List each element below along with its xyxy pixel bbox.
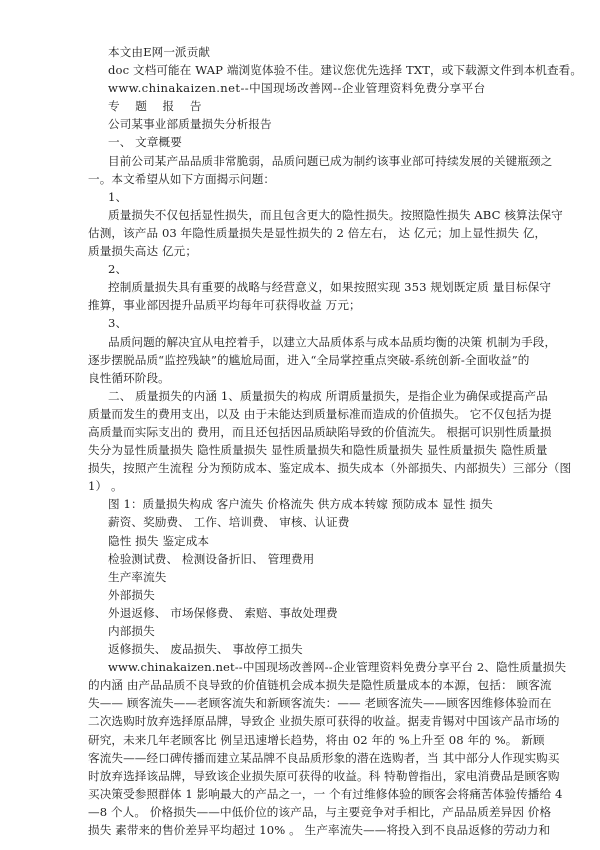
site-link-line[interactable]: www.chinakaizen.net--中国现场改善网--企业管理资料免费分享… (88, 79, 512, 97)
section-2b-line-4: 二次选购时放弃选择原品牌，导致企 业损失原可获得的收益。据麦肯锡对中国该产品市场… (88, 712, 512, 730)
figure-1-item: 内部损失 (88, 622, 512, 640)
point-1-number: 1、 (88, 188, 512, 206)
figure-1-caption: 图 1：质量损失构成 客户流失 价格流失 供方成本转嫁 预防成本 显性 损失 (88, 495, 512, 513)
section-1-heading: 一、 文章概要 (88, 133, 512, 151)
point-3-line-2: 逐步摆脱品质“监控残缺”的尴尬局面，进入“全局掌控重点突破-系统创新-全面收益”… (88, 351, 512, 369)
document-title: 公司某事业部质量损失分析报告 (88, 115, 512, 133)
section-2-line-3: 高质量而实际支出的 费用，而且还包括因品质缺陷导致的价值流失。 根据可识别性质量… (88, 423, 512, 441)
intro-line-1: 目前公司某产品品质非常脆弱，品质问题已成为制约该事业部可持续发展的关键瓶颈之 (88, 152, 512, 170)
point-2-line-1: 控制质量损失具有重要的战略与经营意义，如果按照实现 353 规划既定质 量目标保… (88, 278, 512, 296)
figure-1-item: 返修损失、 废品损失、 事故停工损失 (88, 640, 512, 658)
figure-1-item: 检验测试费、 检测设备折旧、 管理费用 (88, 550, 512, 568)
section-2-line-5: 损失，按照产生流程 分为预防成本、鉴定成本、损失成本（外部损失、内部损失）三部分… (88, 459, 512, 477)
contributor-line: 本文由E网一派贡献 (88, 43, 512, 61)
point-1-line-1: 质量损失不仅包括显性损失，而且包含更大的隐性损失。按照隐性损失 ABC 核算法保… (88, 206, 512, 224)
document-page: 本文由E网一派贡献 doc 文档可能在 WAP 端浏览体验不佳。建议您优先选择 … (88, 43, 512, 839)
section-2b-line-5: 研究，未来几年老顾客比 例呈迅速增长趋势，将由 02 年的 %上升至 08 年的… (88, 731, 512, 749)
section-2b-line-8: 买决策受参照群体 1 影响最大的产品之一，一 个有过维修体验的顾客会将痛苦体验传… (88, 785, 512, 803)
point-3-line-1: 品质问题的解决宜从电控着手，以建立大品质体系与成本品质均衡的决策 机制为手段， (88, 333, 512, 351)
section-2b-line-1: www.chinakaizen.net--中国现场改善网--企业管理资料免费分享… (88, 658, 512, 676)
section-2b-line-7: 时放弃选择该品牌，导致该企业损失原可获得的收益。科 特勒曾指出，家电消费品是顾客… (88, 767, 512, 785)
format-notice-line: doc 文档可能在 WAP 端浏览体验不佳。建议您优先选择 TXT，或下载源文件… (88, 61, 512, 79)
section-2b-line-3: 失—— 顾客流失——老顾客流失和新顾客流失：—— 老顾客流失——顾客因维修体验而… (88, 694, 512, 712)
point-2-number: 2、 (88, 260, 512, 278)
figure-1-item: 隐性 损失 鉴定成本 (88, 532, 512, 550)
point-1-line-2: 估测，该产品 03 年隐性质量损失是显性损失的 2 倍左右， 达 亿元；加上显性… (88, 224, 512, 242)
section-2b-line-2: 的内涵 由产品品质不良导致的价值链机会成本损失是隐性质量成本的本源，包括： 顾客… (88, 676, 512, 694)
section-2-line-2: 质量而发生的费用支出，以及 由于未能达到质量标准而造成的价值损失。 它不仅包括为… (88, 405, 512, 423)
point-2-line-2: 推算，事业部因提升品质平均每年可获得收益 万元； (88, 296, 512, 314)
figure-1-item: 外部损失 (88, 586, 512, 604)
section-2-line-1: 二、 质量损失的内涵 1、质量损失的构成 所谓质量损失，是指企业为确保或提高产品 (88, 387, 512, 405)
point-3-number: 3、 (88, 314, 512, 332)
point-1-line-3: 质量损失高达 亿元； (88, 242, 512, 260)
section-2b-line-6: 客流失——经口碑传播而建立某品牌不良品质形象的潜在选购者，当 其中部分人作现实购… (88, 749, 512, 767)
figure-1-item: 外退返修、 市场保修费、 索赔、事故处理费 (88, 604, 512, 622)
section-2-line-6: 1） 。 (88, 477, 512, 495)
section-2-line-4: 失分为显性质量损失 隐性质量损失 显性质量损失和隐性质量损失 显性质量损失 隐性… (88, 441, 512, 459)
figure-1-item: 薪资、奖励费、 工作、培训费、 审核、认证费 (88, 513, 512, 531)
intro-line-2: 一。本文希望从如下方面揭示问题： (88, 170, 512, 188)
section-2b-line-10: 损失 素带来的售价差异平均超过 10% 。 生产率流失——将投入到不良品返修的劳… (88, 821, 512, 839)
section-2b-line-9: —8 个人。 价格损失——中低价位的该产品，与主要竞争对手相比，产品品质差异因 … (88, 803, 512, 821)
point-3-line-3: 良性循环阶段。 (88, 369, 512, 387)
figure-1-item: 生产率流失 (88, 568, 512, 586)
section-label: 专 题 报 告 (88, 97, 512, 115)
